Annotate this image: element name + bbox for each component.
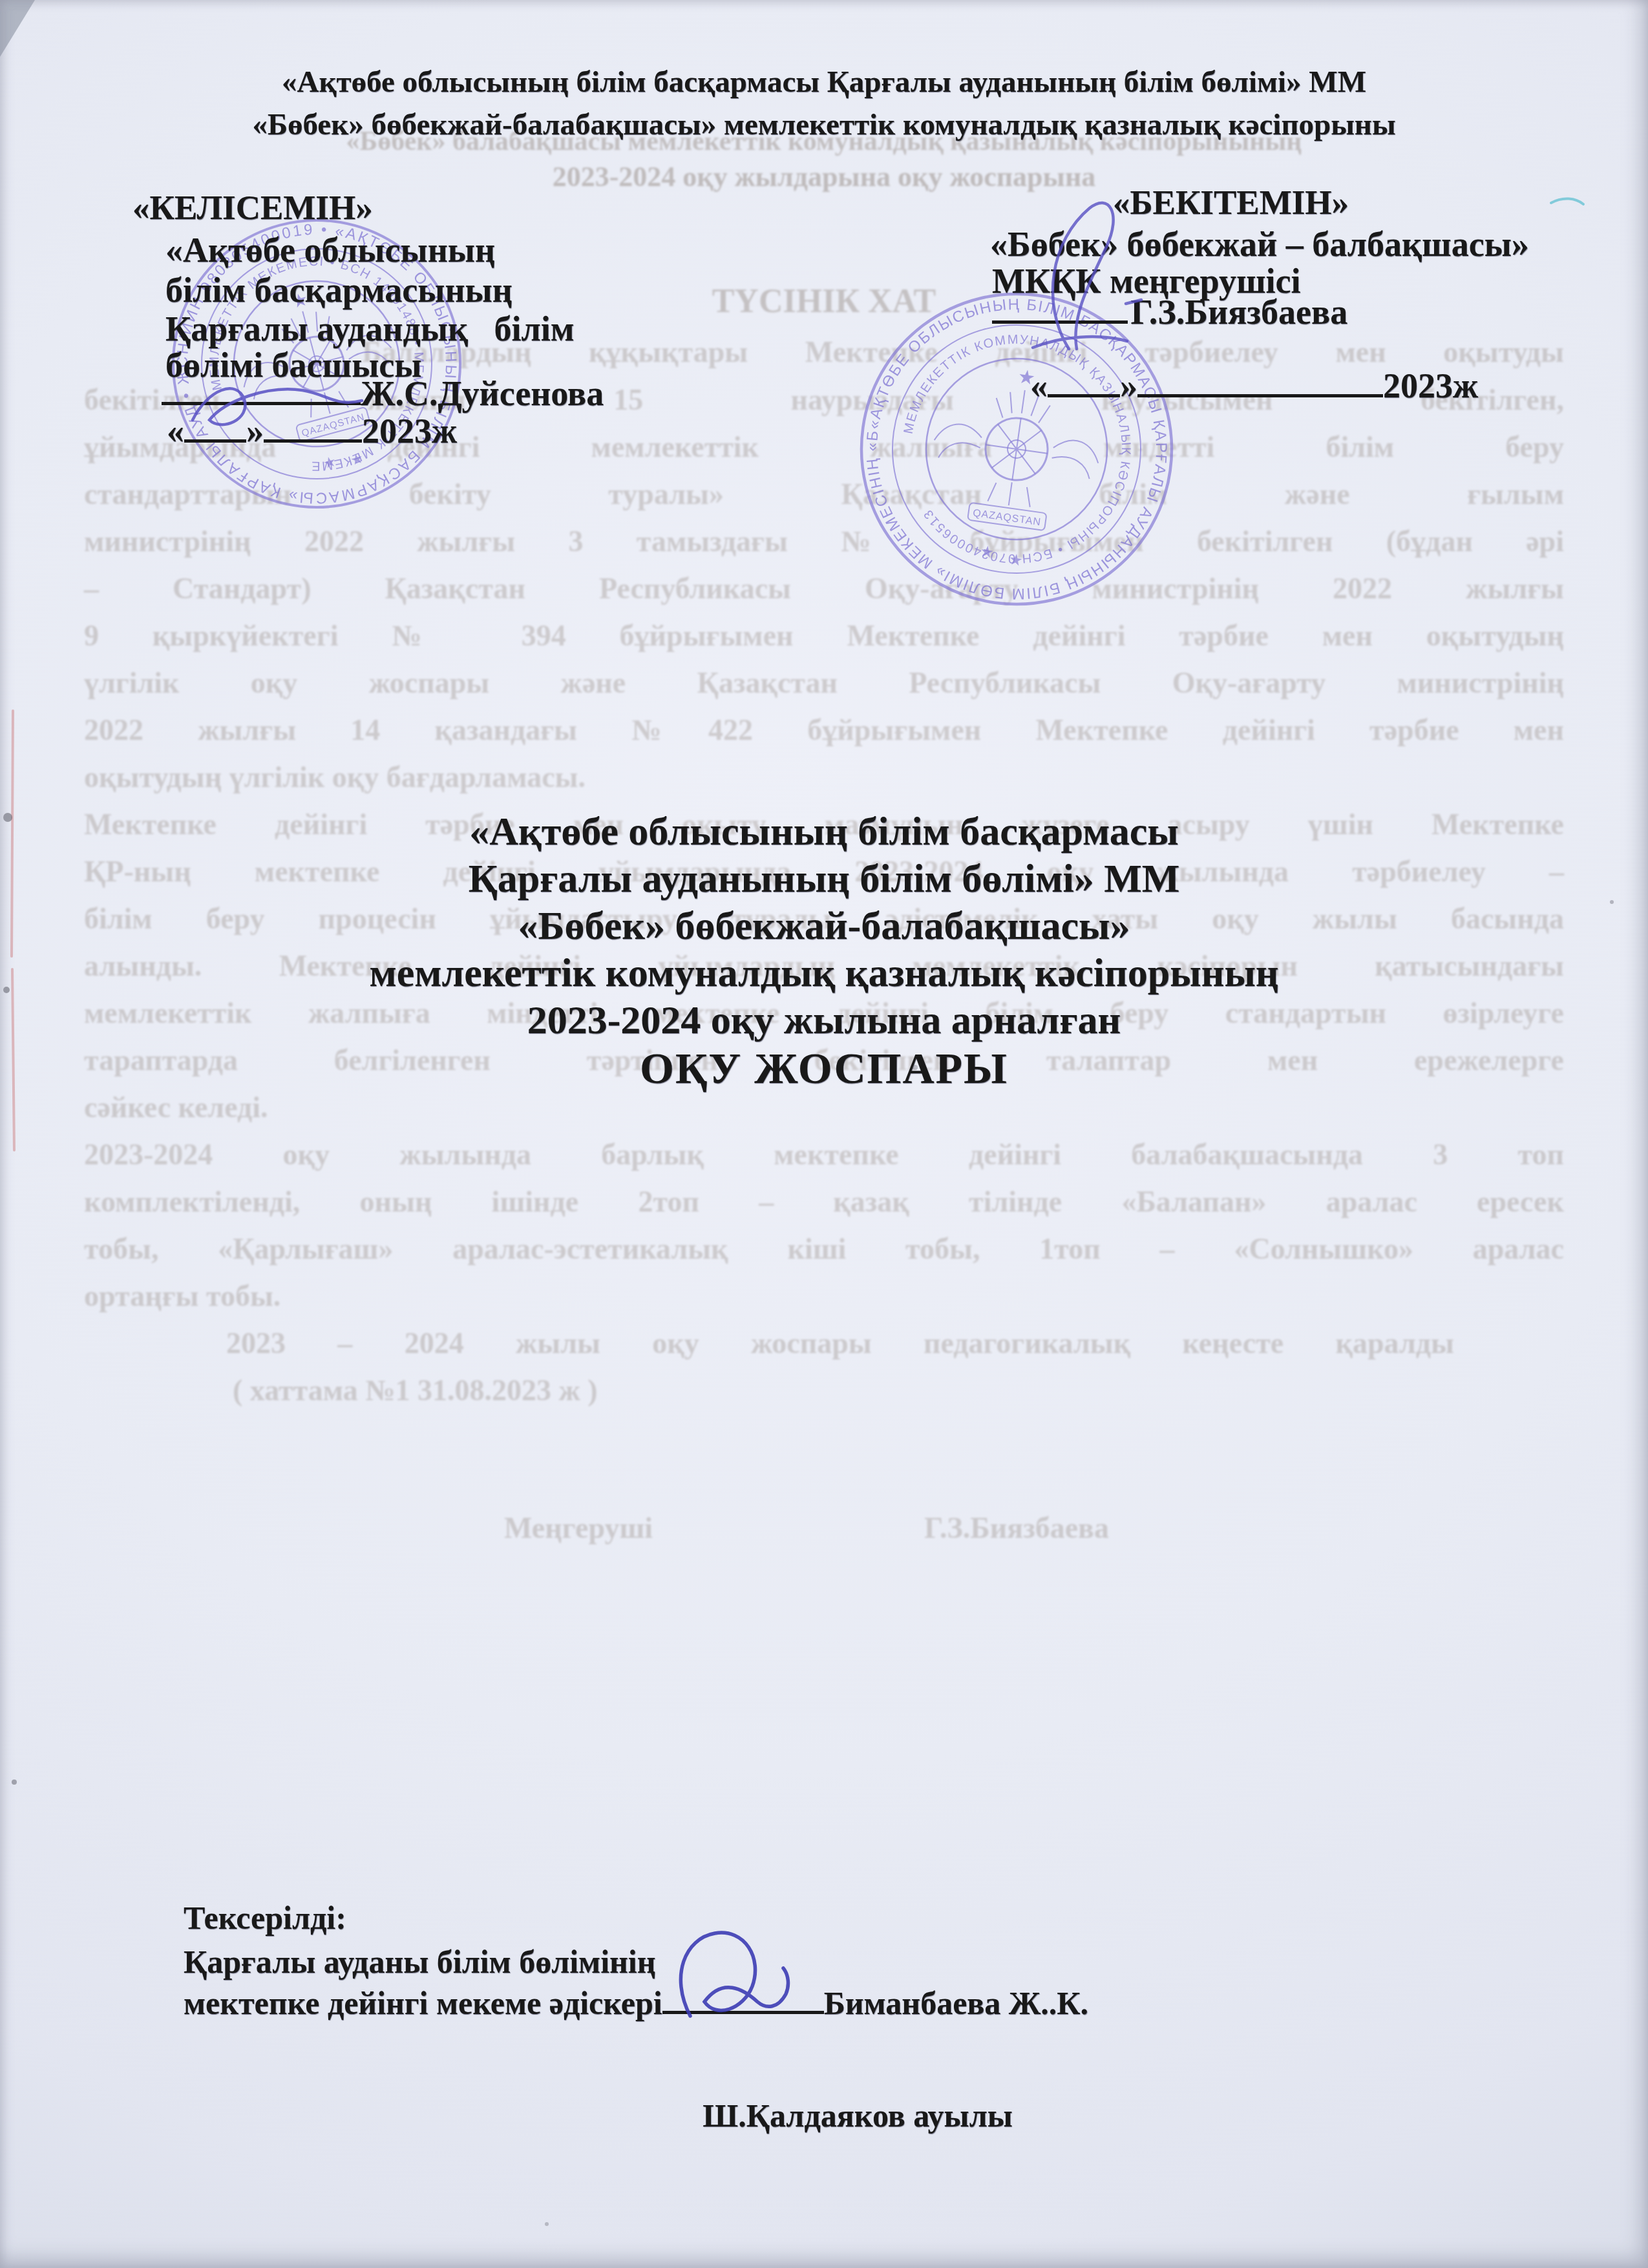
scan-corner-mark — [0, 0, 35, 57]
signature-icon — [193, 388, 362, 425]
pen-mark-icon — [1551, 198, 1583, 204]
scan-speck — [3, 813, 1614, 2226]
signature-icon — [681, 1933, 788, 2016]
scan-streak — [12, 711, 14, 1150]
ink-overlay — [0, 0, 1648, 2268]
scanned-document-page: «Бөбек» балабақшасы мемлекеттік комуналд… — [0, 0, 1648, 2268]
signature-icon — [1033, 203, 1141, 349]
